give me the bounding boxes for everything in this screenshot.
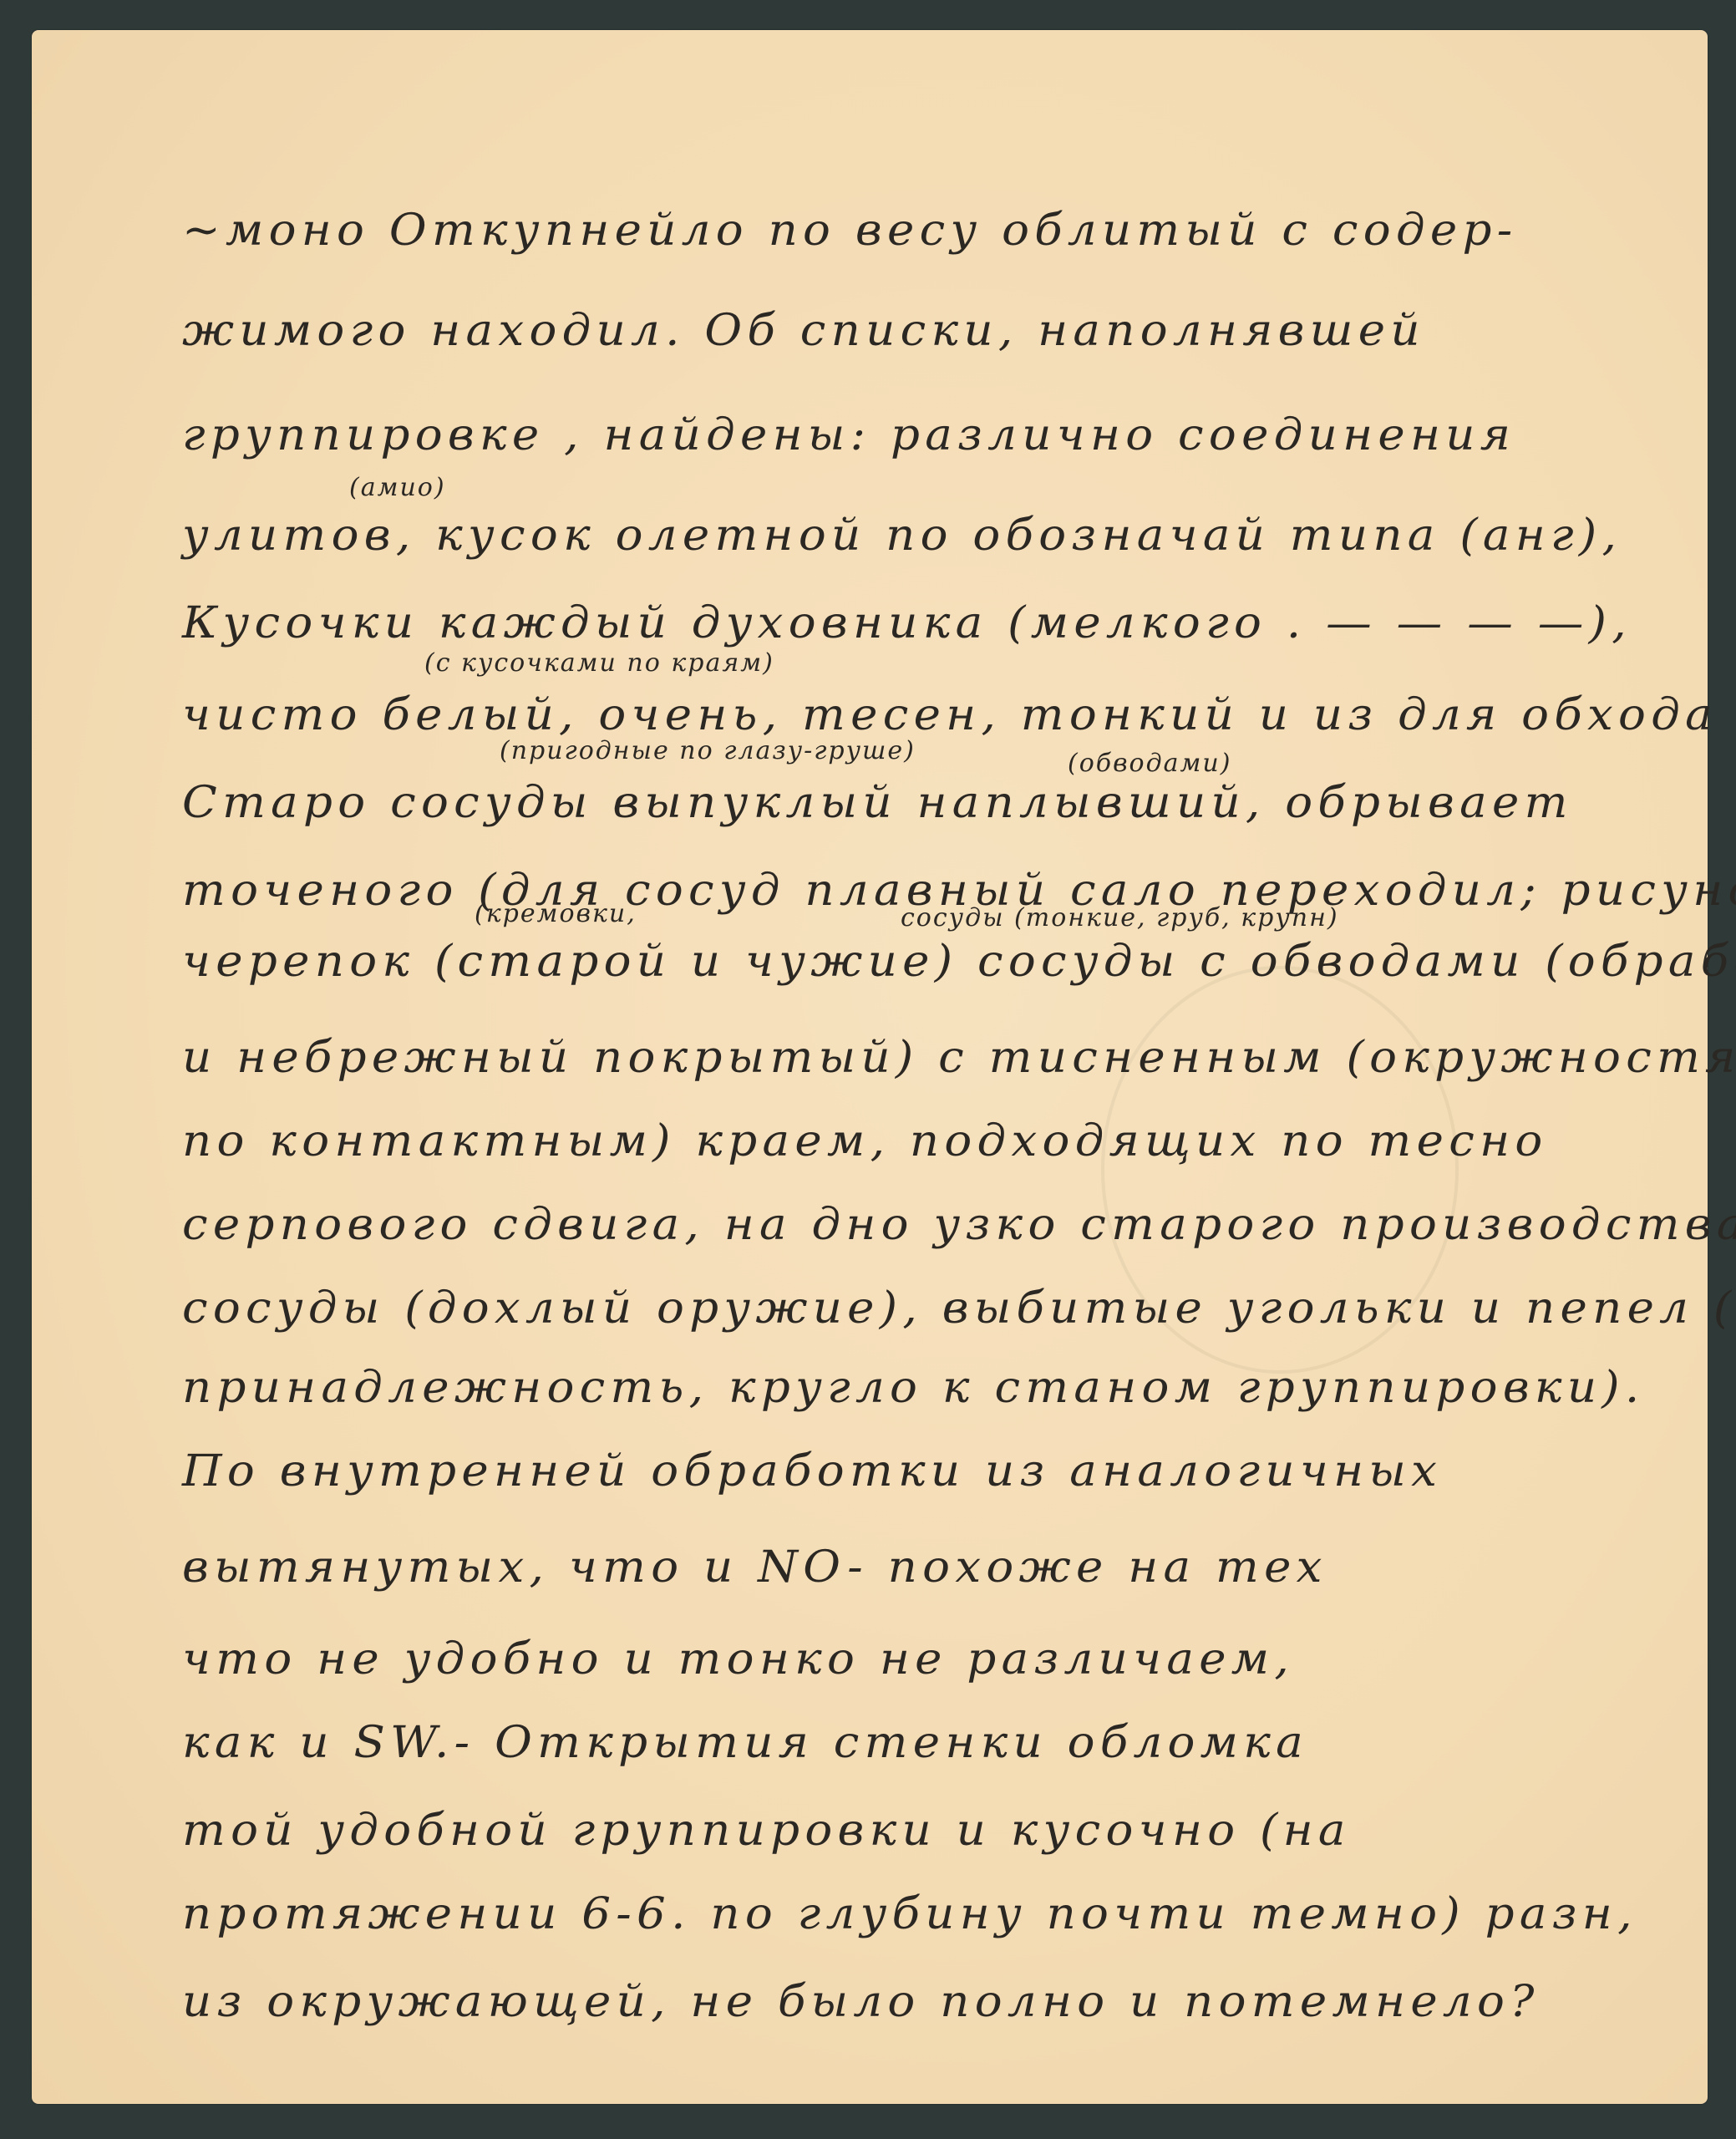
interlinear-note-3: (пригодные по глазу-груше) — [500, 736, 916, 765]
manuscript-line-6: чисто белый, очень, тесен, тонкий и из д… — [182, 690, 1718, 740]
manuscript-line-14: принадлежность, кругло к станом группиро… — [182, 1363, 1645, 1413]
manuscript-line-2: жимого находил. Об списки, наполнявшей — [182, 306, 1425, 356]
manuscript-line-10: и небрежный покрытый) с тисненным (окруж… — [182, 1033, 1736, 1083]
manuscript-line-17: что не удобно и тонко не различаем, — [182, 1634, 1294, 1684]
manuscript-line-18: как и SW.- Открытия стенки обломка — [182, 1718, 1308, 1768]
interlinear-note-4: (обводами) — [1068, 749, 1231, 778]
manuscript-line-21: из окружающей, не было полно и потемнело… — [182, 1977, 1540, 2027]
interlinear-note-5: (кремовки, — [475, 899, 637, 928]
manuscript-line-5: Кусочки каждый духовника (мелкого . — — … — [182, 598, 1632, 648]
manuscript-line-4: улитов, кусок олетной по обозначай типа … — [182, 511, 1622, 561]
manuscript-line-16: вытянутых, что и NO- похоже на тех — [182, 1542, 1327, 1593]
manuscript-line-20: протяжении 6-6. по глубину почти темно) … — [182, 1889, 1637, 1939]
manuscript-line-3: группировке , найдены: различно соединен… — [182, 410, 1515, 460]
manuscript-page: ~моно Откупнейло по весу облитый с содер… — [32, 30, 1708, 2104]
manuscript-line-9: черепок (старой и чужие) сосуды с обвода… — [182, 937, 1736, 987]
manuscript-line-1: ~моно Откупнейло по весу облитый с содер… — [182, 206, 1517, 256]
interlinear-note-1: (амио) — [349, 473, 446, 502]
manuscript-line-15: По внутренней обработки из аналогичных — [182, 1446, 1442, 1496]
manuscript-line-11: по контактным) краем, подходящих по тесн… — [182, 1116, 1548, 1166]
manuscript-line-7: Старо сосуды выпуклый наплывший, обрывае… — [182, 778, 1573, 828]
manuscript-line-13: сосуды (дохлый оружие), выбитые угольки … — [182, 1283, 1736, 1334]
manuscript-line-19: той удобной группировки и кусочно (на — [182, 1806, 1351, 1856]
interlinear-note-6: сосуды (тонкие, груб, крупн) — [901, 903, 1339, 932]
manuscript-line-12: серпового сдвига, на дно узко старого пр… — [182, 1200, 1736, 1250]
interlinear-note-2: (с кусочками по краям) — [424, 648, 774, 678]
